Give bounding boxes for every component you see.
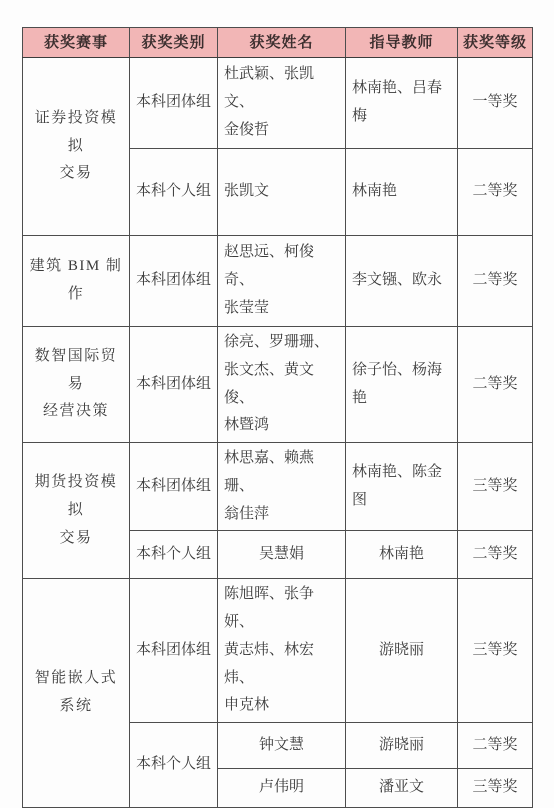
event-cell: 数智国际贸易 经营决策	[23, 327, 130, 443]
category-cell: 本科个人组	[130, 149, 218, 236]
table-row: 证券投资模拟 交易 本科团体组 杜武颖、张凯文、 金俊哲 林南艳、吕春梅 一等奖	[23, 58, 533, 149]
header-category: 获奖类别	[130, 28, 218, 58]
header-event: 获奖赛事	[23, 28, 130, 58]
teachers-cell: 李文镪、欧永	[346, 236, 458, 327]
table-row: 建筑 BIM 制作 本科团体组 赵思远、柯俊奇、 张莹莹 李文镪、欧永 二等奖	[23, 236, 533, 327]
names-cell: 张凯文	[218, 149, 346, 236]
document-page: 获奖赛事 获奖类别 获奖姓名 指导教师 获奖等级 证券投资模拟 交易 本科团体组…	[0, 0, 554, 739]
teachers-cell: 林南艳	[346, 531, 458, 579]
names-cell: 吴慧娟	[218, 531, 346, 579]
table-row: 期货投资模拟 交易 本科团体组 林思嘉、赖燕珊、 翁佳萍 林南艳、陈金图 三等奖	[23, 443, 533, 531]
teachers-cell: 潘亚文	[346, 769, 458, 808]
award-cell: 三等奖	[458, 579, 533, 723]
category-cell: 本科个人组	[130, 531, 218, 579]
header-names: 获奖姓名	[218, 28, 346, 58]
event-cell: 期货投资模拟 交易	[23, 443, 130, 579]
teachers-cell: 林南艳、吕春梅	[346, 58, 458, 149]
category-cell: 本科团体组	[130, 327, 218, 443]
category-cell: 本科团体组	[130, 58, 218, 149]
award-cell: 二等奖	[458, 149, 533, 236]
teachers-cell: 游晓丽	[346, 723, 458, 769]
category-cell: 本科个人组	[130, 723, 218, 808]
award-cell: 三等奖	[458, 443, 533, 531]
names-cell: 陈旭晖、张争妍、 黄志炜、林宏炜、 申克林	[218, 579, 346, 723]
names-cell: 赵思远、柯俊奇、 张莹莹	[218, 236, 346, 327]
award-cell: 二等奖	[458, 327, 533, 443]
event-cell: 建筑 BIM 制作	[23, 236, 130, 327]
teachers-cell: 林南艳、陈金图	[346, 443, 458, 531]
header-award: 获奖等级	[458, 28, 533, 58]
award-cell: 一等奖	[458, 58, 533, 149]
category-cell: 本科团体组	[130, 443, 218, 531]
award-cell: 二等奖	[458, 723, 533, 769]
award-cell: 三等奖	[458, 769, 533, 808]
category-cell: 本科团体组	[130, 236, 218, 327]
header-row: 获奖赛事 获奖类别 获奖姓名 指导教师 获奖等级	[23, 28, 533, 58]
names-cell: 卢伟明	[218, 769, 346, 808]
teachers-cell: 林南艳	[346, 149, 458, 236]
names-cell: 杜武颖、张凯文、 金俊哲	[218, 58, 346, 149]
awards-table: 获奖赛事 获奖类别 获奖姓名 指导教师 获奖等级 证券投资模拟 交易 本科团体组…	[22, 27, 533, 808]
table-row: 数智国际贸易 经营决策 本科团体组 徐亮、罗珊珊、 张文杰、黄文俊、 林暨鸿 徐…	[23, 327, 533, 443]
names-cell: 徐亮、罗珊珊、 张文杰、黄文俊、 林暨鸿	[218, 327, 346, 443]
names-cell: 钟文慧	[218, 723, 346, 769]
teachers-cell: 游晓丽	[346, 579, 458, 723]
event-cell: 智能嵌人式 系统	[23, 579, 130, 808]
award-cell: 二等奖	[458, 531, 533, 579]
award-cell: 二等奖	[458, 236, 533, 327]
event-cell: 证券投资模拟 交易	[23, 58, 130, 236]
names-cell: 林思嘉、赖燕珊、 翁佳萍	[218, 443, 346, 531]
header-teachers: 指导教师	[346, 28, 458, 58]
teachers-cell: 徐子怡、杨海艳	[346, 327, 458, 443]
table-row: 智能嵌人式 系统 本科团体组 陈旭晖、张争妍、 黄志炜、林宏炜、 申克林 游晓丽…	[23, 579, 533, 723]
category-cell: 本科团体组	[130, 579, 218, 723]
